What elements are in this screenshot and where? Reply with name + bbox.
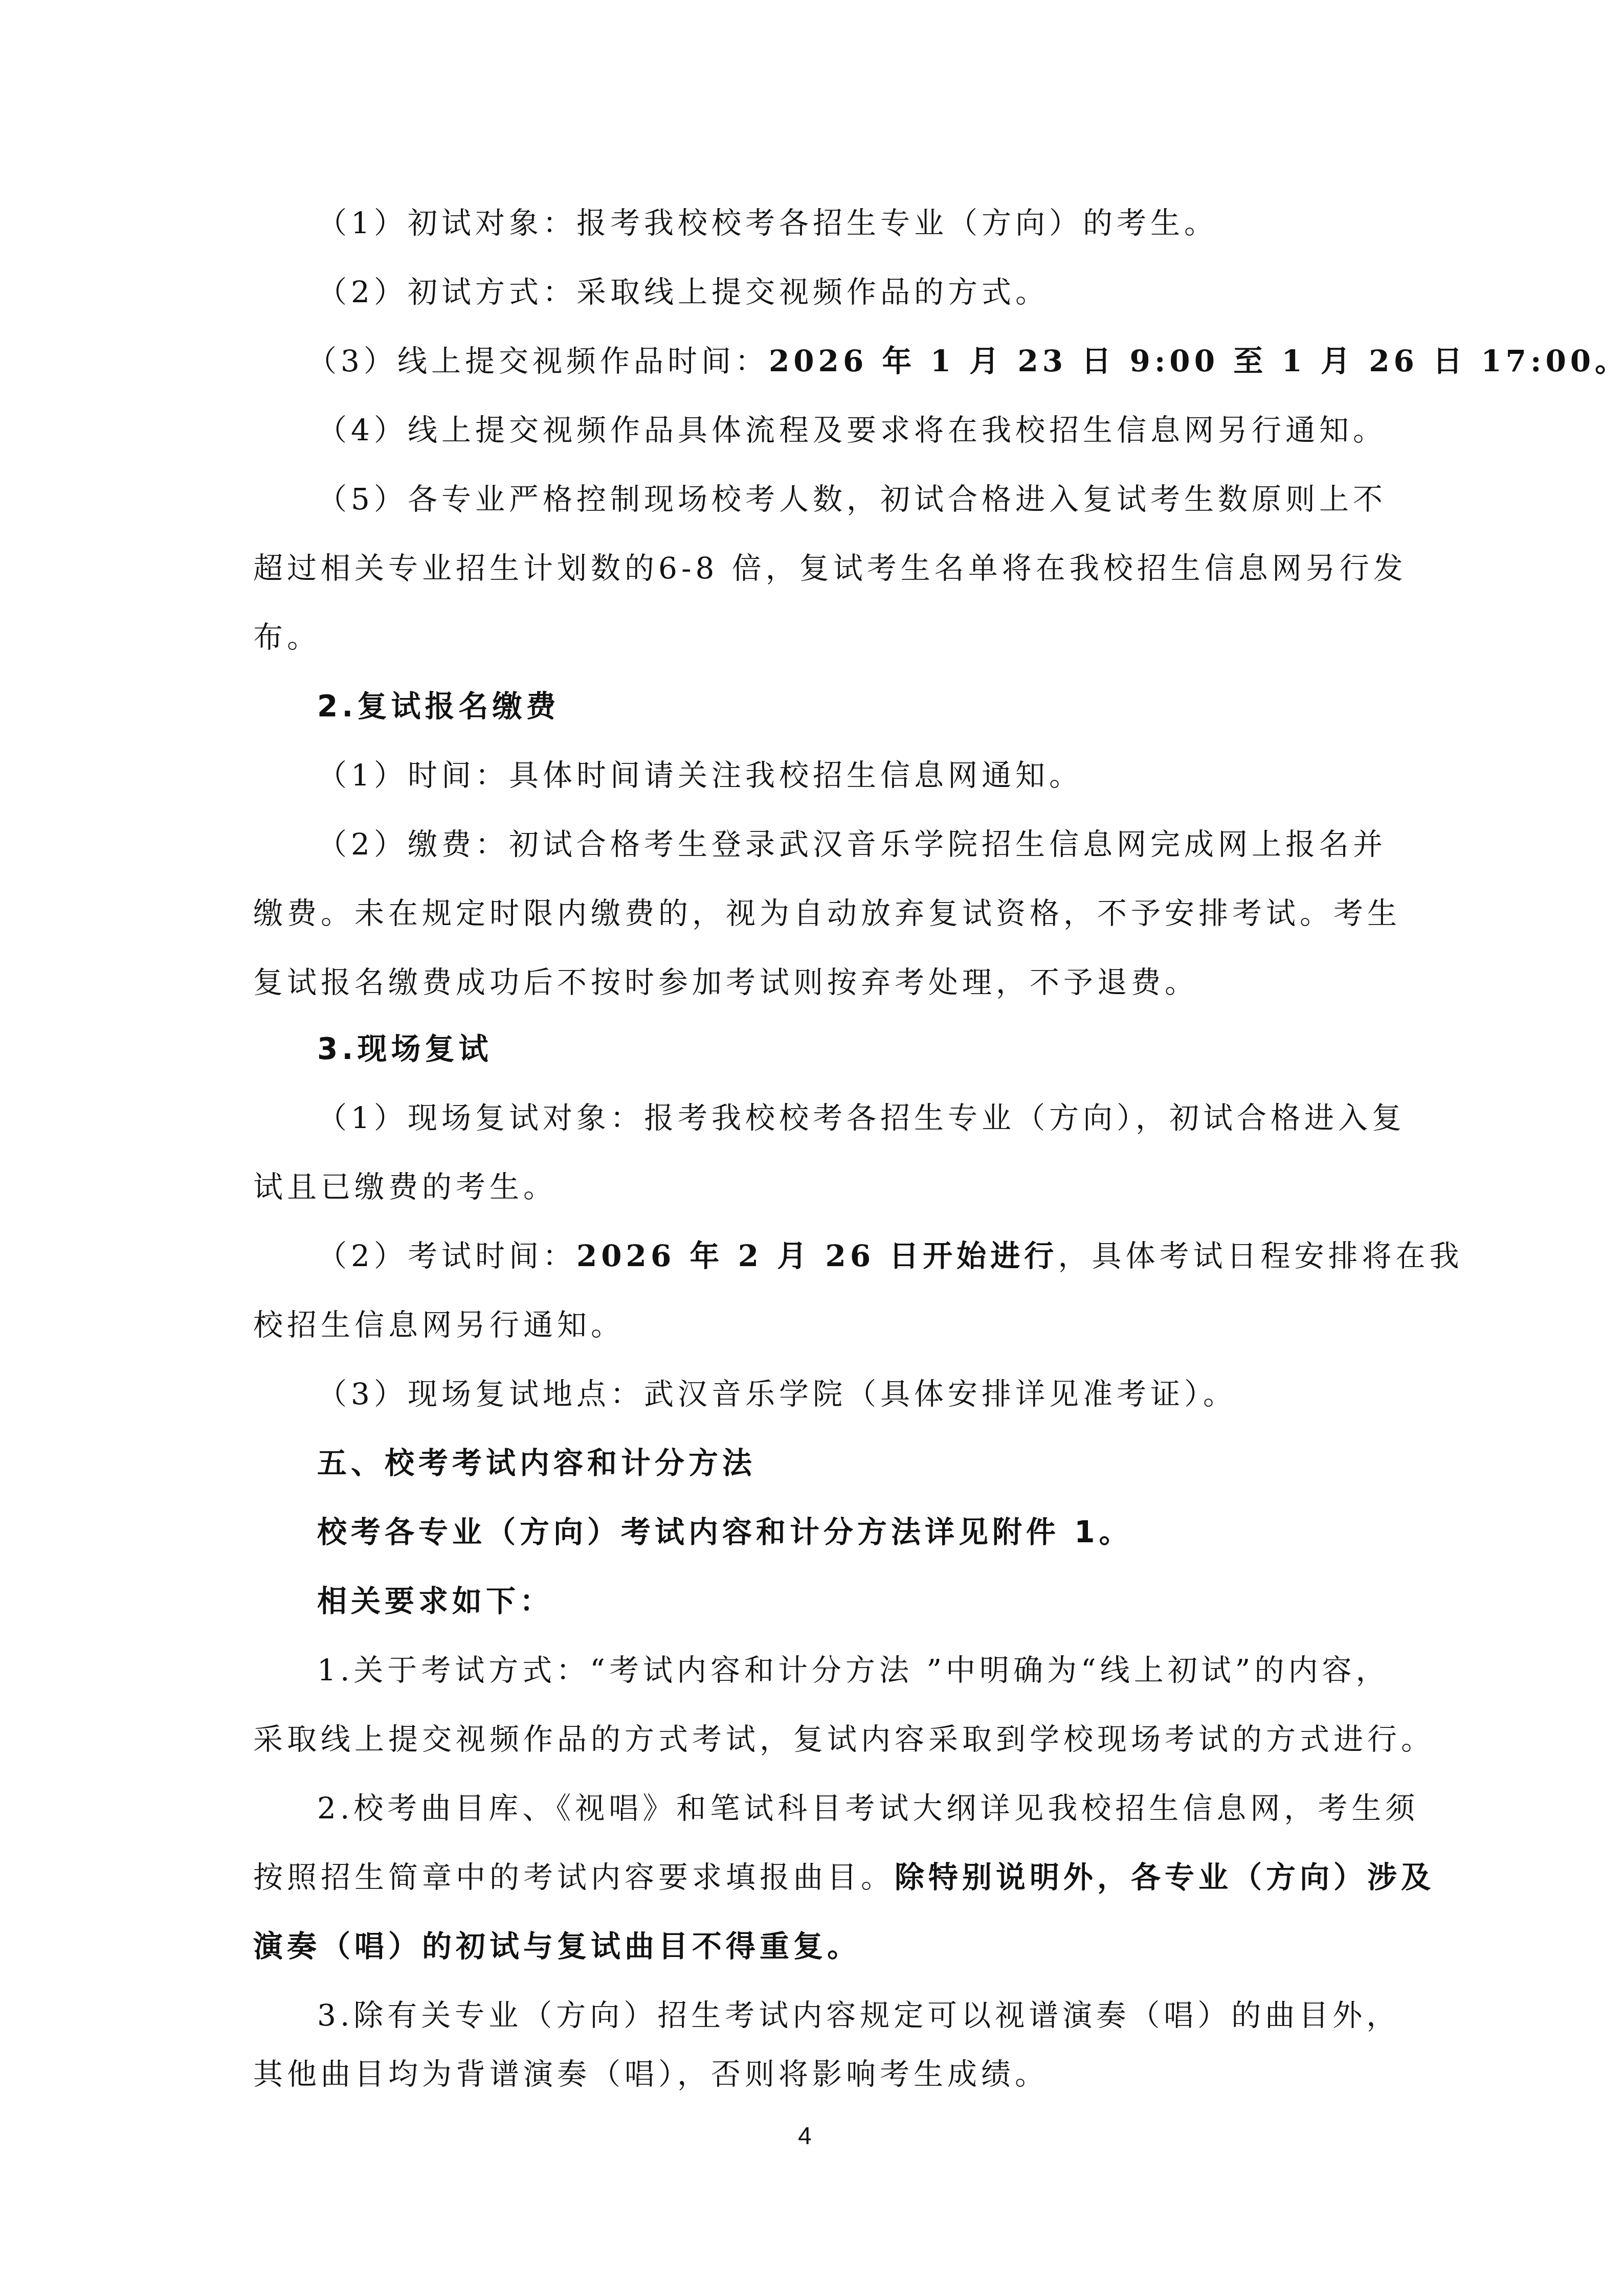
paragraph-line: 超过相关专业招生计划数的6-8 倍，复试考生名单将在我校招生信息网另行发: [253, 550, 1407, 587]
paragraph-line: （2）初试方式：采取线上提交视频作品的方式。: [317, 274, 1049, 310]
bold-paragraph: 校考各专业（方向）考试内容和计分方法详见附件 1。: [317, 1514, 1133, 1550]
paragraph-line: 缴费。未在规定时限内缴费的，视为自动放弃复试资格，不予安排考试。考生: [253, 895, 1401, 932]
bold-paragraph: 相关要求如下：: [317, 1583, 553, 1619]
paragraph-line: 校招生信息网另行通知。: [253, 1307, 625, 1343]
paragraph-line: （1）时间：具体时间请关注我校招生信息网通知。: [317, 757, 1083, 794]
paragraph-line: （2）缴费：初试合格考生登录武汉音乐学院招生信息网完成网上报名并: [317, 826, 1387, 863]
paragraph-line: （3）线上提交视频作品时间：2026 年 1 月 23 日 9:00 至 1 月…: [307, 343, 1624, 379]
paragraph-line: 2.校考曲目库、《视唱》和笔试科目考试大纲详见我校招生信息网，考生须: [317, 1790, 1419, 1827]
paragraph-line: 按照招生简章中的考试内容要求填报曲目。除特别说明外，各专业（方向）涉及: [253, 1859, 1435, 1896]
paragraph-line: 演奏（唱）的初试与复试曲目不得重复。: [253, 1928, 861, 1965]
paragraph-line: （4）线上提交视频作品具体流程及要求将在我校招生信息网另行通知。: [317, 412, 1387, 448]
paragraph-line: （1）现场复试对象：报考我校校考各招生专业（方向），初试合格进入复: [317, 1099, 1406, 1136]
paragraph-line: （3）现场复试地点：武汉音乐学院（具体安排详见准考证）。: [317, 1376, 1237, 1412]
paragraph-line: 1.关于考试方式：“考试内容和计分方法 ”中明确为“线上初试”的内容，: [317, 1652, 1389, 1689]
document-page: （1）初试对象：报考我校校考各招生专业（方向）的考生。 （2）初试方式：采取线上…: [0, 0, 1624, 2296]
paragraph-line: 其他曲目均为背谱演奏（唱），否则将影响考生成绩。: [253, 2056, 1049, 2092]
paragraph-line: 3.除有关专业（方向）招生考试内容规定可以视谱演奏（唱）的曲目外，: [317, 1997, 1400, 2034]
paragraph-line: 布。: [253, 619, 321, 656]
paragraph-line: （1）初试对象：报考我校校考各招生专业（方向）的考生。: [317, 205, 1218, 241]
page-number: 4: [798, 2122, 812, 2150]
section-heading: 3.现场复试: [317, 1030, 492, 1067]
paragraph-line: 试且已缴费的考生。: [253, 1168, 557, 1205]
paragraph-line: 复试报名缴费成功后不按时参加考试则按弃考处理，不予退费。: [253, 964, 1198, 1001]
paragraph-line: （5）各专业严格控制现场校考人数，初试合格进入复试考生数原则上不: [317, 481, 1387, 517]
section-heading: 五、校考考试内容和计分方法: [317, 1445, 756, 1481]
paragraph-line: 采取线上提交视频作品的方式考试，复试内容采取到学校现场考试的方式进行。: [253, 1721, 1435, 1758]
paragraph-line: （2）考试时间：2026 年 2 月 26 日开始进行，具体考试日程安排将在我: [317, 1237, 1463, 1274]
section-heading: 2.复试报名缴费: [317, 688, 560, 725]
